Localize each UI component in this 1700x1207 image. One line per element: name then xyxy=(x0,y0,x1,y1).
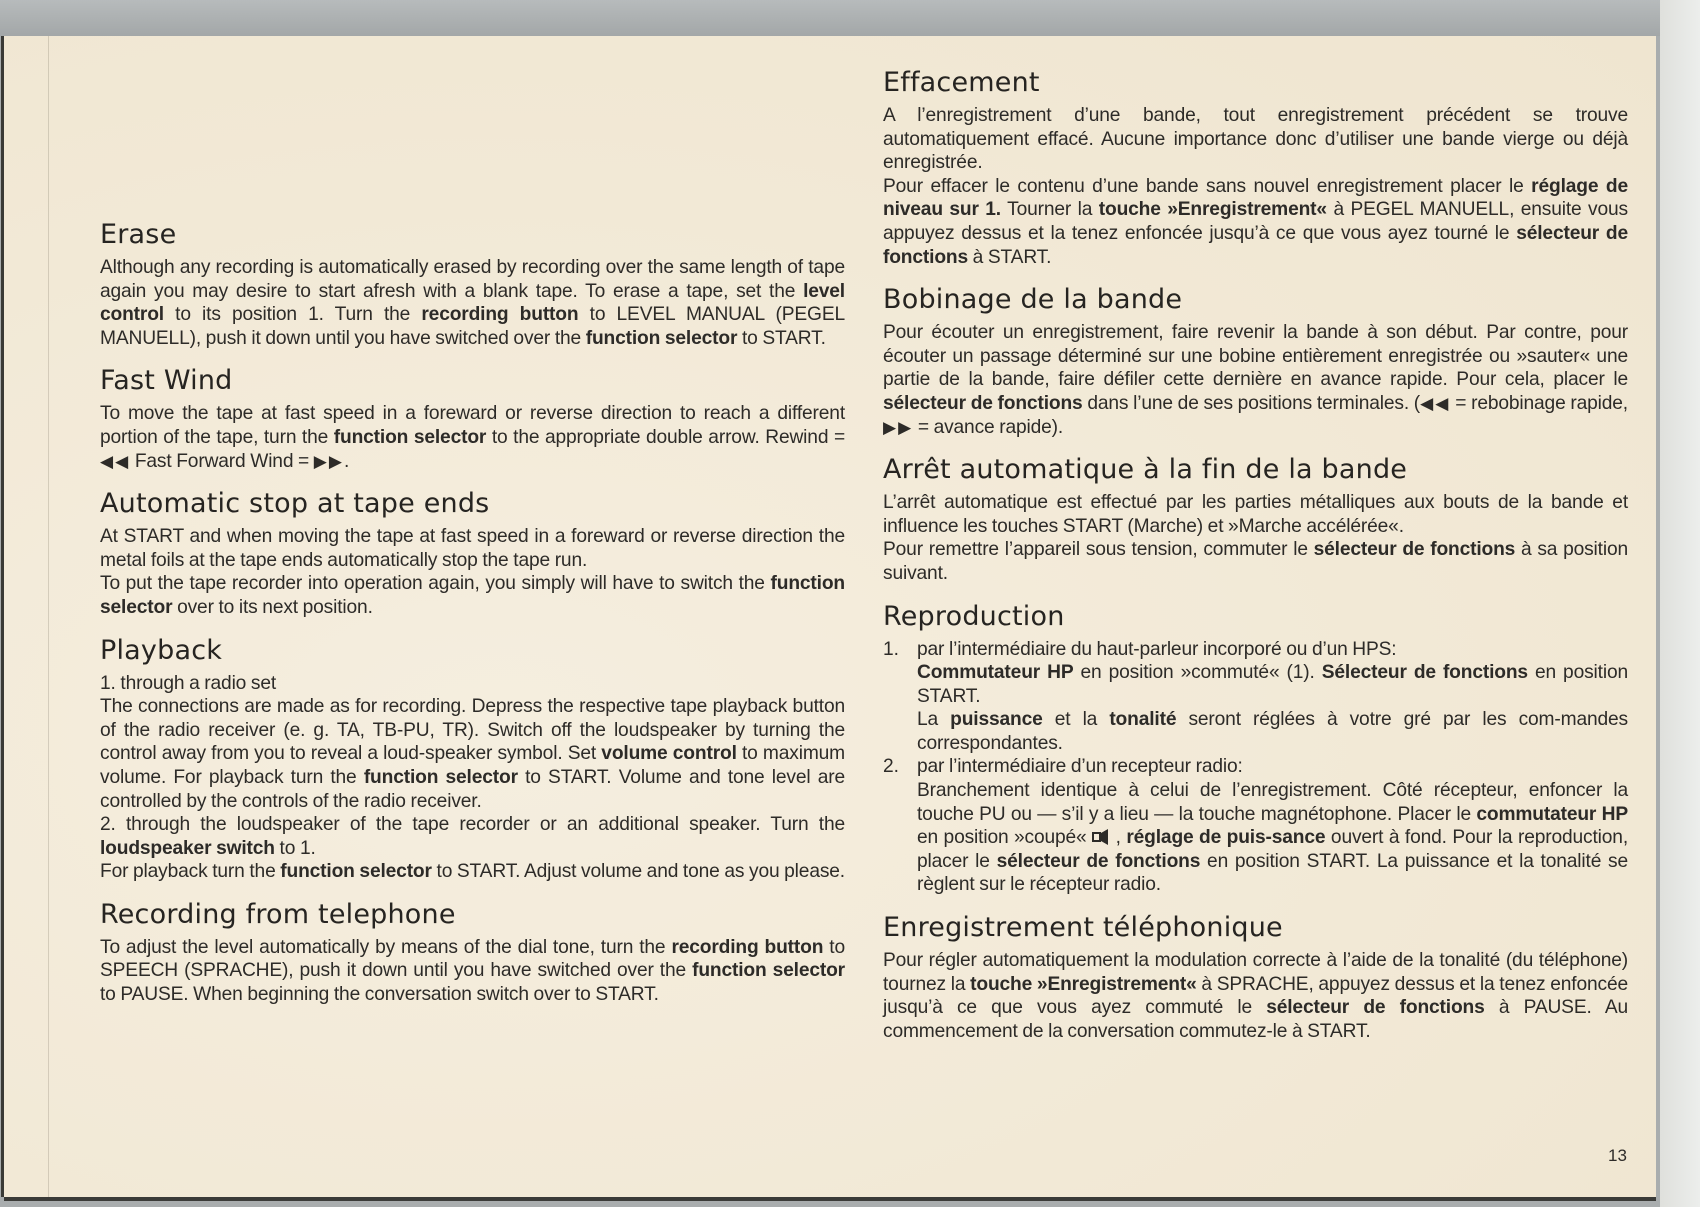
text-run: La xyxy=(917,709,950,730)
text-run: par l’intermédiaire d’un recepteur radio… xyxy=(917,756,1243,777)
section-reproduction: Reproduction1.par l’intermédiaire du hau… xyxy=(883,600,1628,898)
text-run: Although any recording is automatically … xyxy=(100,257,845,302)
rewind-arrows-icon: ◀◀ xyxy=(1420,394,1450,413)
text-run: to START. Adjust volume and tone as you … xyxy=(432,861,845,882)
english-column: EraseAlthough any recording is automatic… xyxy=(100,218,845,1021)
bold-term: function selector xyxy=(364,767,518,788)
paragraph: Pour effacer le contenu d’une bande sans… xyxy=(883,175,1628,269)
paragraph: Pour régler automatiquement la modulatio… xyxy=(883,949,1628,1043)
text-run: to 1. xyxy=(275,838,316,859)
paragraph: 1. through a radio set xyxy=(100,672,845,696)
section-automatic-stop-at-tape-ends: Automatic stop at tape endsAt START and … xyxy=(100,487,845,619)
bold-term: function selector xyxy=(586,328,738,349)
page-fold-line xyxy=(48,36,49,1197)
paragraph: 2. through the loudspeaker of the tape r… xyxy=(100,813,845,860)
french-column: EffacementA l’enregistrement d’une bande… xyxy=(883,66,1628,1057)
fast-forward-arrows-icon: ▶▶ xyxy=(883,418,913,437)
text-run: = rebobinage rapide, xyxy=(1450,393,1628,414)
bold-term: commutateur HP xyxy=(1476,804,1628,825)
bold-term: sélecteur de fonctions xyxy=(997,851,1201,872)
section-heading: Bobinage de la bande xyxy=(883,283,1628,317)
text-run: Pour remettre l’appareil sous tension, c… xyxy=(883,539,1314,560)
text-run: For playback turn the xyxy=(100,861,280,882)
text-run: par l’intermédiaire du haut-parleur inco… xyxy=(917,639,1396,660)
text-run: to START. xyxy=(737,328,826,349)
bold-term: Sélecteur de fonctions xyxy=(1322,662,1528,683)
paragraph: For playback turn the function selector … xyxy=(100,860,845,884)
page-number: 13 xyxy=(1608,1146,1627,1166)
bold-term: function selector xyxy=(280,861,432,882)
text-run: dans l’une de ses positions terminales. … xyxy=(1083,393,1420,414)
speaker-off-icon xyxy=(1092,827,1110,848)
section-heading: Recording from telephone xyxy=(100,898,845,932)
section-heading: Enregistrement téléphonique xyxy=(883,911,1628,945)
paragraph: Pour écouter un enregistrement, faire re… xyxy=(883,321,1628,439)
item-body: par l’intermédiaire du haut-parleur inco… xyxy=(917,638,1628,756)
paragraph: par l’intermédiaire d’un recepteur radio… xyxy=(917,755,1628,779)
text-run: 2. through the loudspeaker of the tape r… xyxy=(100,814,845,835)
scan-background-right xyxy=(1660,0,1700,1207)
bold-term: sélecteur de fonctions xyxy=(1314,539,1516,560)
text-run: To put the tape recorder into operation … xyxy=(100,573,771,594)
rewind-arrows-icon: ◀◀ xyxy=(100,452,130,471)
paragraph: par l’intermédiaire du haut-parleur inco… xyxy=(917,638,1628,662)
section-bobinage-de-la-bande: Bobinage de la bandePour écouter un enre… xyxy=(883,283,1628,439)
section-heading: Arrêt automatique à la fin de la bande xyxy=(883,453,1628,487)
section-arret-automatique-a-la-fin-de-la-bande: Arrêt automatique à la fin de la bandeL’… xyxy=(883,453,1628,585)
item-number: 2. xyxy=(883,755,917,897)
scan-background-top xyxy=(0,0,1700,36)
section-playback: Playback1. through a radio setThe connec… xyxy=(100,634,845,884)
paragraph: L’arrêt automatique est effectué par les… xyxy=(883,491,1628,538)
section-fast-wind: Fast WindTo move the tape at fast speed … xyxy=(100,364,845,473)
paragraph: A l’enregistrement d’une bande, tout enr… xyxy=(883,104,1628,175)
text-run: over to its next position. xyxy=(172,597,372,618)
section-heading: Playback xyxy=(100,634,845,668)
paragraph: To adjust the level automatically by mea… xyxy=(100,936,845,1007)
text-run: to PAUSE. When beginning the conversatio… xyxy=(100,984,659,1005)
text-run: à START. xyxy=(968,247,1051,268)
section-heading: Automatic stop at tape ends xyxy=(100,487,845,521)
numbered-item: 1.par l’intermédiaire du haut-parleur in… xyxy=(883,638,1628,756)
bold-term: puissance xyxy=(950,709,1043,730)
text-run: At START and when moving the tape at fas… xyxy=(100,526,845,571)
bold-term: touche »Enregistrement« xyxy=(970,974,1196,995)
bold-term: volume control xyxy=(601,743,736,764)
paragraph: Commutateur HP en position »commuté« (1)… xyxy=(917,661,1628,708)
section-heading: Erase xyxy=(100,218,845,252)
section-effacement: EffacementA l’enregistrement d’une bande… xyxy=(883,66,1628,269)
bold-term: function selector xyxy=(334,427,486,448)
bold-term: loudspeaker switch xyxy=(100,838,275,859)
text-run: = avance rapide). xyxy=(913,417,1063,438)
bold-term: Commutateur HP xyxy=(917,662,1073,683)
text-run: , xyxy=(1110,827,1126,848)
section-erase: EraseAlthough any recording is automatic… xyxy=(100,218,845,350)
paragraph: To move the tape at fast speed in a fore… xyxy=(100,402,845,473)
paragraph: Branchement identique à celui de l’enreg… xyxy=(917,779,1628,897)
item-body: par l’intermédiaire d’un recepteur radio… xyxy=(917,755,1628,897)
text-run: en position »commuté« (1). xyxy=(1073,662,1321,683)
numbered-item: 2.par l’intermédiaire d’un recepteur rad… xyxy=(883,755,1628,897)
bold-term: recording button xyxy=(421,304,578,325)
section-recording-from-telephone: Recording from telephoneTo adjust the le… xyxy=(100,898,845,1007)
paragraph: The connections are made as for recordin… xyxy=(100,695,845,813)
paragraph: To put the tape recorder into operation … xyxy=(100,572,845,619)
section-enregistrement-telephonique: Enregistrement téléphoniquePour régler a… xyxy=(883,911,1628,1043)
text-run: et la xyxy=(1043,709,1110,730)
bold-term: touche »Enregistrement« xyxy=(1099,199,1327,220)
text-run: . xyxy=(344,451,349,472)
bold-term: tonalité xyxy=(1109,709,1176,730)
text-run: Pour écouter un enregistrement, faire re… xyxy=(883,322,1628,390)
bold-term: sélecteur de fonctions xyxy=(883,393,1083,414)
bold-term: function selector xyxy=(692,960,845,981)
section-heading: Fast Wind xyxy=(100,364,845,398)
bold-term: sélecteur de fonctions xyxy=(1266,997,1484,1018)
bold-term: recording button xyxy=(671,937,823,958)
item-number: 1. xyxy=(883,638,917,756)
paragraph: At START and when moving the tape at fas… xyxy=(100,525,845,572)
paragraph: Although any recording is automatically … xyxy=(100,256,845,350)
text-run: Tourner la xyxy=(1001,199,1099,220)
section-heading: Reproduction xyxy=(883,600,1628,634)
text-run: to the appropriate double arrow. Rewind … xyxy=(486,427,845,448)
text-run: 1. through a radio set xyxy=(100,673,276,694)
bold-term: réglage de puis-sance xyxy=(1126,827,1325,848)
text-run: L’arrêt automatique est effectué par les… xyxy=(883,492,1628,537)
text-run: to its position 1. Turn the xyxy=(164,304,421,325)
section-heading: Effacement xyxy=(883,66,1628,100)
text-run: Fast Forward Wind = xyxy=(130,451,314,472)
fast-forward-arrows-icon: ▶▶ xyxy=(314,452,344,471)
text-run: To adjust the level automatically by mea… xyxy=(100,937,671,958)
text-run: A l’enregistrement d’une bande, tout enr… xyxy=(883,105,1628,173)
text-run: en position »coupé« xyxy=(917,827,1092,848)
paragraph: Pour remettre l’appareil sous tension, c… xyxy=(883,538,1628,585)
paragraph: La puissance et la tonalité seront réglé… xyxy=(917,708,1628,755)
text-run: Pour effacer le contenu d’une bande sans… xyxy=(883,176,1531,197)
